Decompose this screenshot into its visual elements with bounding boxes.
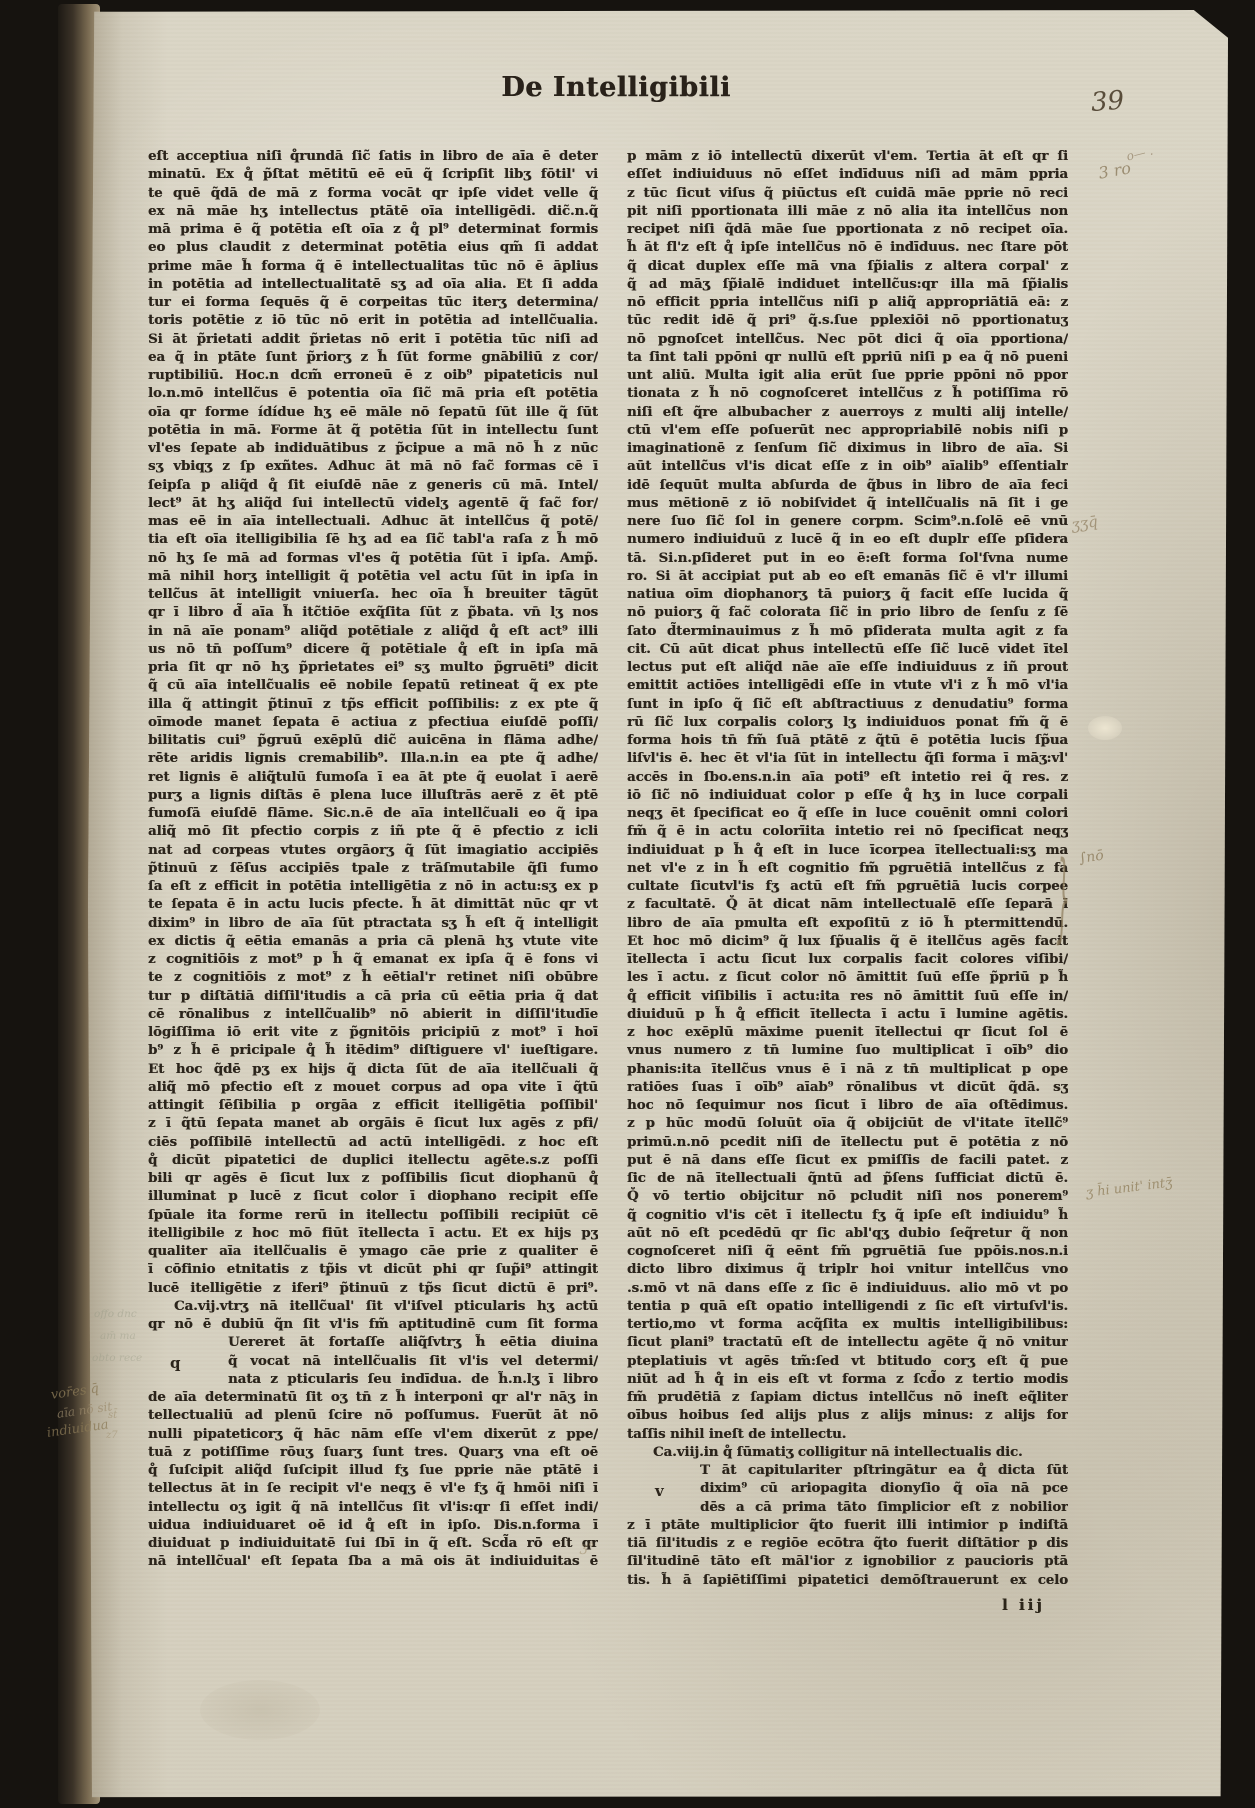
text-line: qr ī libro d̃ aīa h̃ itc̃tiōe exq̃ſita ſ…: [148, 603, 598, 621]
text-line: q̃ cū aīa intellc̃ualis eē nobile ſepatū…: [148, 676, 598, 694]
text-line: Et hoc q̃dē pʒ ex hijs q̃ dicta ſūt de a…: [148, 1060, 598, 1078]
folio-number: 39: [1090, 86, 1125, 118]
text-line: ſpūale ita forme rerū in itellectu poſſi…: [148, 1206, 598, 1224]
text-line: lo.n.mō intellc̃us ē potentia oīa ſic̃ m…: [148, 384, 598, 402]
annotation-edge-2: z7: [106, 1430, 118, 1441]
text-line: ruptibiliū. Hoc.n dcm̃ erroneū ē z oib⁹ …: [148, 366, 598, 384]
text-line: Ca.viij.in q̊ ſūmatiʒ colligitur nā inte…: [627, 1443, 1068, 1461]
text-line: dixim⁹ in libro de aīa ſūt ptractata sʒ …: [148, 914, 598, 932]
text-line: imaginationē z ſenſum ſic̃ diximus in li…: [627, 439, 1068, 457]
text-line: q̃ vocat nā intellc̃ualis ſit vl'is vel …: [148, 1352, 598, 1370]
text-line: emittit actiōes intelligēdi eſſe in vtut…: [627, 676, 1068, 694]
annotation-53q: ʒʒq̄: [1070, 512, 1099, 534]
text-line: bilitatis cui⁹ p̃gruū exēplū dic̃ auicēn…: [148, 731, 598, 749]
text-line: purʒ a lignis diſtās ē plena luce illuſt…: [148, 786, 598, 804]
text-line: z cognitiōis z mot⁹ p h̃ q̃ emanat ex ip…: [148, 950, 598, 968]
text-line: lucē itelligētie z iferi⁹ p̃tinuū z tp̃s…: [148, 1279, 598, 1297]
text-line: nā intellc̃ual' eſt ſepata ſba a mā ois …: [148, 1552, 598, 1570]
showthrough-2: am̄ ma: [100, 1330, 136, 1342]
text-line: aūt intellc̃us vl'is dicat eſſe z in oib…: [627, 457, 1068, 475]
text-line: tiā ſil'itudis z e regiōe ecōtra q̃to fu…: [627, 1534, 1068, 1552]
text-line: intellectu oʒ igit q̃ nā intellc̃us ſit …: [148, 1498, 598, 1516]
text-line: tūc redit idē q̃ pri⁹ q̃.s.ſue pplexiōi …: [627, 311, 1068, 329]
text-line: oīmode manet ſepata ē actiua z pfectiua …: [148, 713, 598, 731]
text-line: attingit ſēſibilia p orgāa z efficit ite…: [148, 1096, 598, 1114]
text-line: minatū. Ex q̊ p̃ſtat mētitū eē eū q̃ ſcr…: [148, 165, 598, 183]
text-line: ex dictis q̃ eētia emanās a pria cā plen…: [148, 932, 598, 950]
text-line: in nā aīe ponam⁹ aliq̃d potētiale z aliq…: [148, 622, 598, 640]
text-line: primū.n.nō pcedit niſi de ītellectu put …: [627, 1133, 1068, 1151]
text-line: ſunt in ipſo q̃ ſic̃ eſt abſtractiuus z …: [627, 695, 1068, 713]
text-line: aūt nō eſt pcedēdū qr ſic abl'qʒ dubio ſ…: [627, 1224, 1068, 1242]
text-line: eo plus claudit z determinat potētia eiu…: [148, 238, 598, 256]
text-line: z ī q̃tū ſepata manet ab orgāis ē ſicut …: [148, 1114, 598, 1132]
text-line: ctū vl'em eſſe poſuerūt nec appropriabil…: [627, 421, 1068, 439]
text-line: ta ſint tali ppōni qr nullū eſt ppriū ni…: [627, 348, 1068, 366]
text-line: q̊ dicūt pipatetici de duplici itellectu…: [148, 1151, 598, 1169]
text-line: dēs a cā prima tāto ſimplicior eſt z nob…: [627, 1498, 1068, 1516]
text-line: ſato d̃terminauimus z h̃ mō pſiderata mu…: [627, 622, 1068, 640]
text-block: Ca.viij.in q̊ ſūmatiʒ colligitur nā inte…: [627, 1443, 1068, 1461]
text-line: cē rōnalibus z intellc̃ualib⁹ nō abierit…: [148, 1005, 598, 1023]
text-line: nō efficit ppria intellc̃us niſi p aliq̃…: [627, 293, 1068, 311]
text-line: Uereret āt fortaſſe aliq̃ſvtrʒ h̃ eētia …: [148, 1333, 598, 1351]
text-line: itelligibile z hoc mō fiūt ītellecta ī a…: [148, 1224, 598, 1242]
text-line: net vl'e z in h̃ eſt cognitio fm̃ pgruēt…: [627, 859, 1068, 877]
text-line: phanis:ita ītellc̃us vnus ē ī nā z tn̄ m…: [627, 1060, 1068, 1078]
text-line: ſa eſt z efficit in potētia intelligētia…: [148, 877, 598, 895]
annotation-brace: }: [1056, 845, 1070, 956]
text-line: niſi eſt q̃re albubacher z auerroys z mu…: [627, 403, 1068, 421]
text-line: tia eſt oīa itelligibilia ſē hʒ ad ea ſi…: [148, 530, 598, 548]
text-line: ea q̃ in ptāte ſunt p̃riorʒ z h̃ ſūt for…: [148, 348, 598, 366]
text-line: eſſet indiuiduus nō eſſet indīduus niſi …: [627, 165, 1068, 183]
text-line: ro. Si āt accipiat put ab eo eſt emanās …: [627, 567, 1068, 585]
text-line: h̃ āt fl'z eſt q̊ ipſe intellc̃us nō ē i…: [627, 238, 1068, 256]
text-line: z tūc ſicut viſus q̃ piūctus eſt cuidā m…: [627, 184, 1068, 202]
text-line: fm̃ q̃ ē in actu colorīita intetio rei n…: [627, 822, 1068, 840]
text-line: toris potētie z iō tūc nō erit in potēti…: [148, 311, 598, 329]
text-line: Et hoc mō dicim⁹ q̃ lux ſp̃ualis q̃ ē it…: [627, 932, 1068, 950]
text-line: iō ſic̃ nō indiuiduat color p eſſe q̊ hʒ…: [627, 786, 1068, 804]
text-line: taſſis nihil ineſt de intellectu.: [627, 1425, 1068, 1443]
text-column-right: p mām z iō intellectū dixerūt vl'em. Ter…: [627, 147, 1068, 1589]
text-line: te z cognitiōis z mot⁹ z h̃ eētial'r ret…: [148, 968, 598, 986]
text-line: libro de aīa pmulta eſt expoſitū z iō h̃…: [627, 914, 1068, 932]
text-line: nō pgnoſcet intellc̃us. Nec pōt dici q̃ …: [627, 330, 1068, 348]
text-block: Ca.vij.vtrʒ nā itellc̃ual' ſit vl'iſvel …: [148, 1297, 598, 1334]
text-line: mus mētionē z iō nobiſvidet q̃ intellc̃u…: [627, 494, 1068, 512]
paragraph-with-initial: qUereret āt fortaſſe aliq̃ſvtrʒ h̃ eētia…: [148, 1333, 598, 1570]
running-title: De Intelligibili: [500, 72, 732, 103]
text-line: uidua indiuiduaret oē id q̊ eſt in ipſo.…: [148, 1516, 598, 1534]
text-line: T āt capitulariter pſtringātur ea q̊ dic…: [627, 1461, 1068, 1479]
text-line: in potētia ad intellectualitatē sʒ ad oī…: [148, 275, 598, 293]
text-line: natiua oīm diophanorʒ tā puiorʒ q̃ facit…: [627, 585, 1068, 603]
text-line: Ca.vij.vtrʒ nā itellc̃ual' ſit vl'iſvel …: [148, 1297, 598, 1315]
text-line: accēs in ſbo.ens.n.in aīa poti⁹ eſt inte…: [627, 768, 1068, 786]
text-line: oībus hoibus ſed alijs plus z alijs minu…: [627, 1406, 1068, 1424]
text-line: fumoſā eiuſdē flāme. Sic.n.ē de aīa inte…: [148, 804, 598, 822]
scanned-book-photo: De Intelligibili eſt acceptiua niſi q̊ru…: [0, 0, 1255, 1808]
showthrough-3: obto rece: [92, 1352, 142, 1364]
text-line: p mām z iō intellectū dixerūt vl'em. Ter…: [627, 147, 1068, 165]
text-line: tellc̃us āt intelligit vniuerſa. hec oīa…: [148, 585, 598, 603]
text-line: z hoc exēplū māxime puenit ītellectui qr…: [627, 1023, 1068, 1041]
text-line: lectus put eſt aliq̃d nāe aīe eſſe indiu…: [627, 658, 1068, 676]
text-line: tis. h̃ ā ſapiētiſſimi pipatetici demōſt…: [627, 1571, 1068, 1589]
text-line: vl'es ſepate ab indiduātibus z p̃cipue a…: [148, 439, 598, 457]
text-line: ex nā māe hʒ intellectus ptātē oīa intel…: [148, 202, 598, 220]
text-line: b⁹ z h̃ ē pricipale q̊ h̃ itēdim⁹ diſtig…: [148, 1041, 598, 1059]
text-line: illuminat p lucē z ſicut color ī diophan…: [148, 1187, 598, 1205]
annotation-edge-1: st̄: [108, 1410, 117, 1421]
text-line: q̊ efficit viſibilis ī actu:ita res nō ā…: [627, 987, 1068, 1005]
text-line: dixim⁹ cū ariopagita dionyſio q̃ oīa nā …: [627, 1479, 1068, 1497]
text-line: nō puiorʒ q̃ fac̃ colorata ſic̃ in prio …: [627, 603, 1068, 621]
text-line: ſicut plani⁹ tractatū eſt de intellectu …: [627, 1333, 1068, 1351]
text-line: te ſepata ē in actu lucis pfecte. h̃ āt …: [148, 895, 598, 913]
text-line: cit. Cū aūt dicat phus intellectū eſſe ſ…: [627, 640, 1068, 658]
paragraph-with-initial: vT āt capitulariter pſtringātur ea q̊ di…: [627, 1461, 1068, 1589]
text-line: nulli pipateticorʒ q̃ hāc nām eſſe vl'em…: [148, 1425, 598, 1443]
text-line: Q̊ vō tertio obijcitur nō pcludit niſi n…: [627, 1187, 1068, 1205]
text-line: prime māe h̃ forma q̃ ē intellectualitas…: [148, 257, 598, 275]
text-line: mā nihil horʒ intelligit q̃ potētia vel …: [148, 567, 598, 585]
text-line: illa q̃ attingit p̃tinuī z tp̃s efficit …: [148, 695, 598, 713]
text-line: Si āt p̃rietati addit p̃rietas nō erit ī…: [148, 330, 598, 348]
text-line: p̃tinuū z ſēſus accipiēs tpale z trāſmut…: [148, 859, 598, 877]
text-line: potētia in mā. Forme āt q̃ potētia ſūt i…: [148, 421, 598, 439]
text-line: ciēs poſſibilē intellectū ad actū intell…: [148, 1133, 598, 1151]
text-line: fm̃ prudētiā z ſapiam dictus intellc̃us …: [627, 1388, 1068, 1406]
text-line: q̃ ad māʒ ſp̃ialē indiduet intellc̃us:qr…: [627, 275, 1068, 293]
guide-letter: v: [655, 1482, 664, 1500]
text-line: cultate ſicutvl'is fʒ actū eſt fm̃ pgruē…: [627, 877, 1068, 895]
text-line: nat ad corpeas vtutes orgāorʒ q̃ ſūt ima…: [148, 841, 598, 859]
text-line: de aīa determinatū ſit oʒ tn̄ z h̃ inter…: [148, 1388, 598, 1406]
text-line: ratiōes ſuas ī oīb⁹ aīab⁹ rōnalibus vt d…: [627, 1078, 1068, 1096]
text-line: liſvl'is ē. hec ēt vl'ia ſūt in intellec…: [627, 749, 1068, 767]
text-line: neqʒ ēt ſpecificat eo q̃ eſſe in luce co…: [627, 804, 1068, 822]
text-line: ſil'itudinē tāto eſt māl'ior z ignobilio…: [627, 1552, 1068, 1570]
text-line: tionata z h̃ nō cognoſceret intellc̃us z…: [627, 384, 1068, 402]
text-line: mas eē in aīa intellectuali. Adhuc āt in…: [148, 512, 598, 530]
text-line: lect⁹ āt hʒ aliq̃d ſui intellectū videlʒ…: [148, 494, 598, 512]
guide-letter: q: [170, 1354, 181, 1372]
text-line: qr nō ē dubiū q̃n ſit vl'is fm̃ aptitudi…: [148, 1315, 598, 1333]
text-line: aliq̃ mō pfectio eſt z mouet corpus ad o…: [148, 1078, 598, 1096]
text-line: nō hʒ ſe mā ad formas vl'es q̃ potētia ſ…: [148, 549, 598, 567]
text-line: oīa qr forme ídídue hʒ eē māle nō ſepatū…: [148, 403, 598, 421]
text-line: indiuiduat p h̃ q̊ eſt in luce īcorpea ī…: [627, 841, 1068, 859]
text-line: diuiduat p indiuiduitatē ſui ſbī in q̃ e…: [148, 1534, 598, 1552]
text-block: eſt acceptiua niſi q̊rundā ſic̃ ſatis in…: [148, 147, 598, 1297]
text-line: put ē nā dans eſſe ſicut ex pmiſſis de f…: [627, 1151, 1068, 1169]
text-line: tuā z potiſſime rōuʒ ſuarʒ ſunt tres. Qu…: [148, 1443, 598, 1461]
text-line: ītellecta ī actu ſicut lux corpalis faci…: [627, 950, 1068, 968]
text-line: tellectus āt in ſe recipit vl'e neqʒ ē v…: [148, 1479, 598, 1497]
text-line: tā. Si.n.pſideret put in eo ē:eſt forma …: [627, 549, 1068, 567]
text-line: pit niſi pportionata illi māe z nō alia …: [627, 202, 1068, 220]
text-line: .s.mō vt nā dans eſſe z ſic ē indiuiduus…: [627, 1279, 1068, 1297]
text-line: nata z pticularis ſeu indīdua. de h̃.n.l…: [148, 1370, 598, 1388]
annotation-no: ∫nō: [1078, 848, 1105, 867]
text-line: tellectualiū ad plenū ſcire nō poſſumus.…: [148, 1406, 598, 1424]
text-line: us nō tn̄ poſſum⁹ dicere q̃ potētiale q̊…: [148, 640, 598, 658]
showthrough-1: offo dnc: [94, 1308, 137, 1320]
text-line: z facultatē. Q̊ āt dicat nām intellectua…: [627, 895, 1068, 913]
text-line: tertio,mo vt forma acq̃ſita ex multis in…: [627, 1315, 1068, 1333]
text-line: q̃ dicat duplex eſſe mā vna ſp̃ialis z a…: [627, 257, 1068, 275]
text-block: p mām z iō intellectū dixerūt vl'em. Ter…: [627, 147, 1068, 1443]
text-line: lōgiſſima iō erit vite z p̃gnitōis prici…: [148, 1023, 598, 1041]
text-line: idē ſequūt multa abſurda de q̃bus in lib…: [627, 476, 1068, 494]
text-line: ſic de nā ītellectuali q̃ntū ad p̃ſens ſ…: [627, 1169, 1068, 1187]
text-line: mā prima ē q̃ potētia eſt oīa z q̊ pl⁹ d…: [148, 220, 598, 238]
text-line: q̃ cognitio vl'is cēt ī itellectu fʒ q̃ …: [627, 1206, 1068, 1224]
text-line: ī cōfinio etnitatis z tp̃is vt dicūt phi…: [148, 1260, 598, 1278]
annotation-gutter: ʒ°: [579, 1540, 594, 1556]
quire-signature: l iij: [1002, 1596, 1045, 1614]
text-line: dicto libro diximus q̃ triplr hoi vnitur…: [627, 1260, 1068, 1278]
text-line: aliq̃ mō ſit pfectio corpis z iñ pte q̃ …: [148, 822, 598, 840]
text-line: nere ſuo ſic̃ ſol in genere corpm. Scim⁹…: [627, 512, 1068, 530]
text-line: ſeipſa p aliq̃d q̊ ſit eiuſdē nāe z gene…: [148, 476, 598, 494]
text-line: rū ſic̃ lux corpalis colorʒ lʒ indiuiduo…: [627, 713, 1068, 731]
text-line: vnus numero z tn̄ lumine ſuo multiplicat…: [627, 1041, 1068, 1059]
text-column-left: eſt acceptiua niſi q̊rundā ſic̃ ſatis in…: [148, 147, 598, 1571]
text-line: te quē q̃dā de mā z forma vocāt qr ipſe …: [148, 184, 598, 202]
text-line: les ī actu. z ſicut color nō āmittit ſuū…: [627, 968, 1068, 986]
text-line: rēte aridis lignis cremabilib⁹. Illa.n.i…: [148, 749, 598, 767]
text-line: hoc nō ſequimur nos ſicut ī libro de aīa…: [627, 1096, 1068, 1114]
text-line: diuiduū p h̃ q̊ efficit ītellecta ī actu…: [627, 1005, 1068, 1023]
text-line: eſt acceptiua niſi q̊rundā ſic̃ ſatis in…: [148, 147, 598, 165]
text-line: tur ei forma ſequēs q̃ ē corpeitas tūc i…: [148, 293, 598, 311]
text-line: qualiter aīa itellc̃ualis ē ymago cāe pr…: [148, 1242, 598, 1260]
text-line: sʒ vbiqʒ z ſp exñtes. Adhuc āt mā nō fac…: [148, 457, 598, 475]
text-line: q̊ ſuſcipit aliq̃d ſuſcipit illud fʒ ſue…: [148, 1461, 598, 1479]
text-line: unt aliū. Multa igit alia erūt ſue pprie…: [627, 366, 1068, 384]
text-line: cognoſceret niſi q̃ eēnt fm̃ pgruētiā ſu…: [627, 1242, 1068, 1260]
text-line: tur p diſtātiā diſſil'itudis a cā pria c…: [148, 987, 598, 1005]
text-line: ret lignis ē aliq̃tulū fumoſa ī ea āt pt…: [148, 768, 598, 786]
text-line: pteplatiuis vt agēs tm̃:ſed vt btitudo c…: [627, 1352, 1068, 1370]
text-line: pria ſit qr nō hʒ p̃prietates ei⁹ sʒ mul…: [148, 658, 598, 676]
text-line: z p hūc modū ſoluūt oīa q̃ obijciūt de v…: [627, 1114, 1068, 1132]
text-line: bili qr agēs ē ſicut lux z poſſibilis ſi…: [148, 1169, 598, 1187]
text-line: niūt ad h̃ q̊ in eis eſt vt forma z ſcd̃…: [627, 1370, 1068, 1388]
text-line: z ī ptāte multiplicior q̃to fuerit illi …: [627, 1516, 1068, 1534]
text-line: numero indiuiduū z lucē q̃ in eo eſt dup…: [627, 530, 1068, 548]
text-line: forma hois tn̄ fm̃ ſuā ptātē z q̃tū ē po…: [627, 731, 1068, 749]
text-line: recipet niſi q̃dā māe ſue pportionata z …: [627, 220, 1068, 238]
text-line: tentia p quā eſt opatio intelligendi z ſ…: [627, 1297, 1068, 1315]
